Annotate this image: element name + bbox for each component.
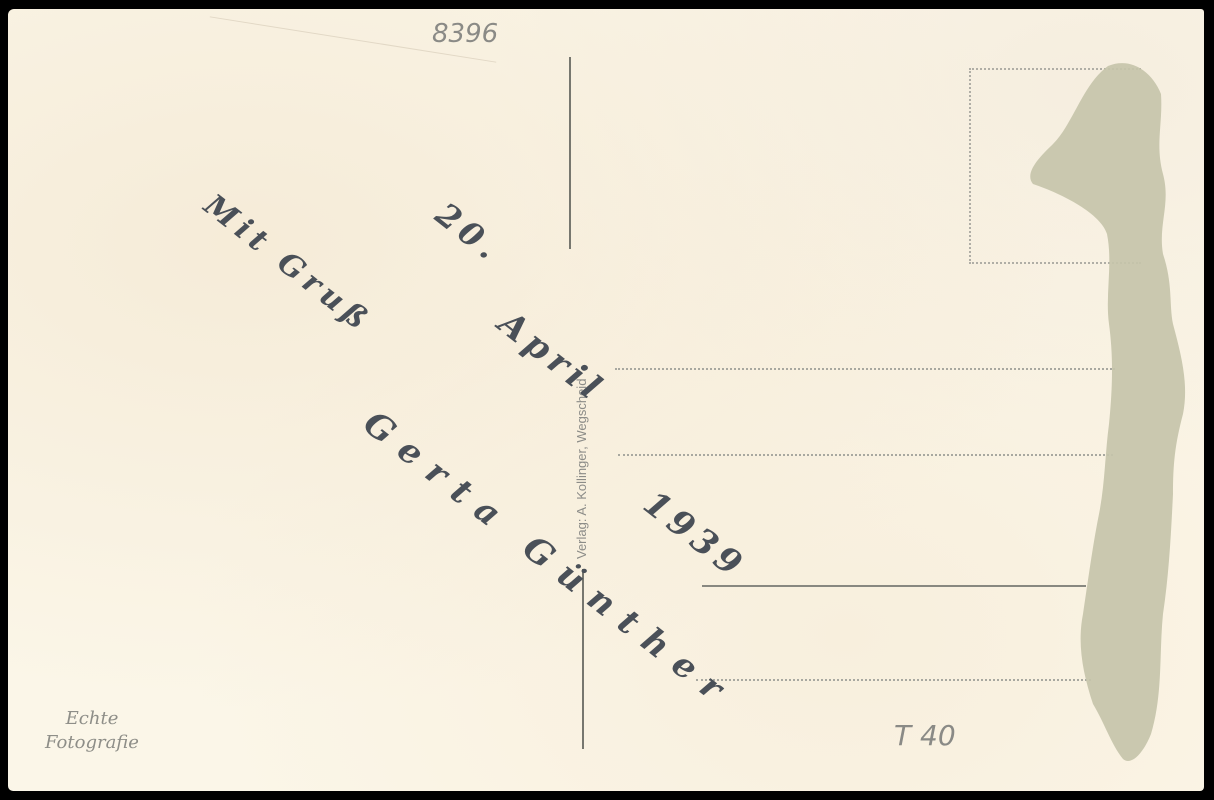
handwriting-signature: Gerta Günther: [356, 403, 742, 717]
handwriting-date-month: April: [491, 303, 613, 411]
divider-line-top: [569, 57, 571, 249]
photo-label-line2: Fotografie: [36, 731, 148, 755]
archive-number: 8396: [432, 19, 498, 49]
tape-residue: [1013, 54, 1193, 774]
postcard-back: 8396 Verlag: A. Kollinger, Wegscheid Mit…: [8, 9, 1204, 791]
handwriting-date-day: 20.: [428, 195, 509, 270]
photo-label: Echte Fotografie: [36, 707, 148, 755]
handwriting-greeting: Mit Gruß: [197, 188, 378, 341]
catalog-mark: T 40: [894, 719, 956, 752]
photo-label-line1: Echte: [36, 707, 148, 731]
handwriting-date-year: 1939: [636, 483, 754, 588]
